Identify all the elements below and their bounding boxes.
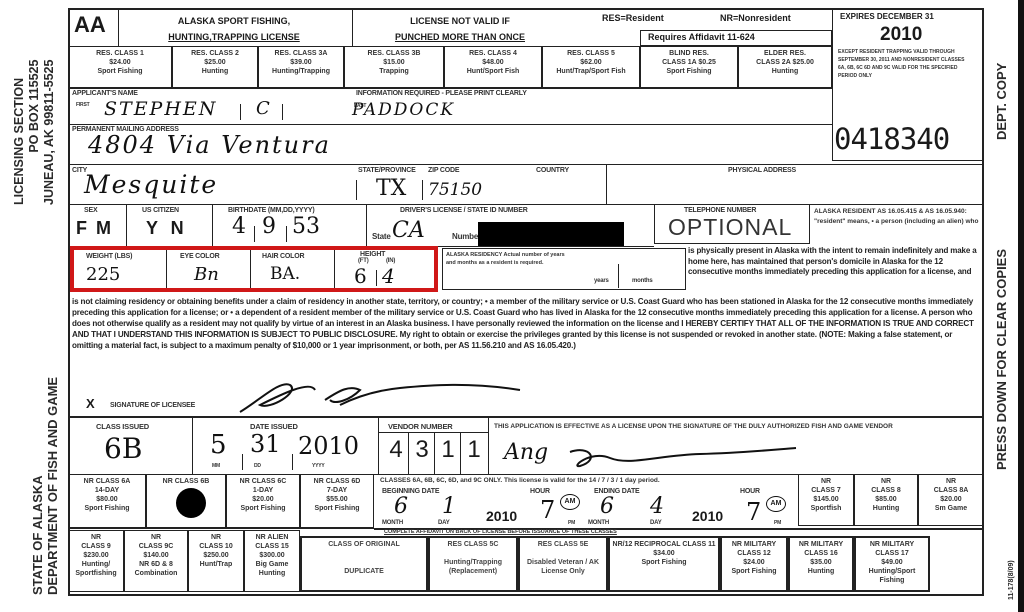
- vendor-digit[interactable]: 3: [410, 436, 434, 464]
- form-number: 11-178(8/09): [1008, 560, 1015, 600]
- nr-reciprocal-class-11[interactable]: NR/12 RECIPROCAL CLASS 11$34.00Sport Fis…: [608, 536, 720, 592]
- license-title: ALASKA SPORT FISHING, HUNTING,TRAPPING L…: [118, 13, 350, 45]
- years-label: years: [594, 278, 609, 284]
- nr-class-10[interactable]: NRCLASS 10$250.00Hunt/Trap: [188, 530, 244, 592]
- end-am-selected[interactable]: AM: [766, 496, 786, 512]
- vendor-number-label: VENDOR NUMBER: [388, 422, 453, 431]
- end-hour-label: HOUR: [740, 488, 760, 495]
- highlight-physical-description: [70, 246, 438, 292]
- license-code: AA: [74, 12, 106, 38]
- state-field[interactable]: TX: [376, 176, 406, 201]
- notice-line: PUNCHED MORE THAN ONCE: [360, 29, 560, 45]
- res-class-1[interactable]: RES. CLASS 1$24.00Sport Fishing: [68, 46, 172, 88]
- mm-label: MM: [212, 463, 220, 469]
- press-down-label: PRESS DOWN FOR CLEAR COPIES: [994, 249, 1009, 470]
- nr-military-class-16[interactable]: NR MILITARYCLASS 16$35.00Hunting: [788, 536, 854, 592]
- nr-class-6c[interactable]: NR CLASS 6C1-DAY$20.00Sport Fishing: [226, 474, 300, 528]
- end-day-field[interactable]: 4: [650, 494, 664, 519]
- vendor-digit[interactable]: 4: [384, 436, 408, 464]
- citizen-label: US CITIZEN: [142, 207, 179, 214]
- not-valid-notice: LICENSE NOT VALID IF PUNCHED MORE THAN O…: [360, 13, 560, 45]
- mailing-address-field[interactable]: 4804 Via Ventura: [88, 131, 331, 159]
- notice-line: LICENSE NOT VALID IF: [360, 13, 560, 29]
- res-legend: RES=Resident: [602, 13, 664, 23]
- nr-alien-class-15[interactable]: NR ALIENCLASS 15$300.00Big Game Hunting: [244, 530, 300, 592]
- city-field[interactable]: Mesquite: [84, 170, 218, 199]
- class-issued-label: CLASS ISSUED: [96, 422, 149, 431]
- phone-label: TELEPHONE NUMBER: [684, 207, 756, 214]
- res-class-2[interactable]: RES. CLASS 2$25.00Hunting: [172, 46, 258, 88]
- sex-options[interactable]: F M: [76, 218, 113, 239]
- issue-month-field[interactable]: 5: [210, 430, 227, 460]
- vendor-digit[interactable]: 1: [462, 436, 486, 464]
- end-hour-field[interactable]: 7: [746, 498, 761, 526]
- res-class-5e[interactable]: RES CLASS 5E_Disabled Veteran / AK Licen…: [518, 536, 608, 592]
- begin-am-selected[interactable]: AM: [560, 494, 580, 510]
- begin-month-field[interactable]: 6: [394, 494, 408, 519]
- nr-class-6a[interactable]: NR CLASS 6A14-DAY$80.00Sport Fishing: [68, 474, 146, 528]
- birth-day-field[interactable]: 9: [262, 214, 276, 239]
- begin-hour-label: HOUR: [530, 488, 550, 495]
- certification-text: is not claiming residency or obtaining b…: [72, 296, 982, 351]
- vendor-digit[interactable]: 1: [436, 436, 460, 464]
- expires-note: EXCEPT RESIDENT TRAPPING VALID THROUGH S…: [838, 48, 968, 80]
- signature-x: X: [86, 396, 95, 411]
- address-line: LICENSING SECTION: [12, 60, 27, 205]
- address-line: PO BOX 115525: [27, 60, 42, 205]
- end-year-field[interactable]: 2010: [692, 508, 723, 524]
- begin-hour-field[interactable]: 7: [540, 496, 555, 524]
- nr-class-8[interactable]: NRCLASS 8$85.00Hunting: [854, 474, 918, 526]
- resident-definition-head: ALASKA RESIDENT AS 16.05.415 & AS 16.05.…: [814, 207, 982, 227]
- first-label: FIRST: [76, 102, 89, 108]
- begin-day-field[interactable]: 1: [442, 494, 456, 519]
- physical-address-label: PHYSICAL ADDRESS: [728, 167, 796, 174]
- agency-line: DEPARTMENT OF FISH AND GAME: [45, 377, 60, 595]
- expires-label: EXPIRES DECEMBER 31: [840, 12, 934, 21]
- begin-pm-option[interactable]: PM: [568, 520, 575, 526]
- nr-class-9[interactable]: NRCLASS 9$230.00Hunting/ Sportfishing: [68, 530, 124, 592]
- affidavit-required-bar: COMPLETE AFFIDAVIT ON BACK OF LICENSE BE…: [384, 529, 824, 536]
- right-edge: [1018, 0, 1024, 612]
- nr-class-8a[interactable]: NRCLASS 8A$20.00Sm Game: [918, 474, 984, 526]
- sex-label: SEX: [84, 207, 97, 214]
- title-line: HUNTING,TRAPPING LICENSE: [118, 29, 350, 45]
- expires-year: 2010: [880, 24, 922, 46]
- res-class-5[interactable]: RES. CLASS 5$62.00Hunt/Trap/Sport Fish: [542, 46, 640, 88]
- address-line: JUNEAU, AK 99811-5525: [42, 60, 57, 205]
- issue-day-field[interactable]: 31: [250, 430, 281, 458]
- vendor-signature[interactable]: Ang: [504, 440, 548, 465]
- period-note: CLASSES 6A, 6B, 6C, 6D, and 9C ONLY. Thi…: [380, 477, 800, 484]
- applicant-name-label: APPLICANT'S NAME: [72, 90, 138, 97]
- signature-label: SIGNATURE OF LICENSEE: [110, 402, 195, 409]
- end-month-field[interactable]: 6: [600, 494, 614, 519]
- res-class-3a[interactable]: RES. CLASS 3A$39.00Hunting/Trapping: [258, 46, 344, 88]
- citizen-options[interactable]: Y N: [146, 218, 188, 239]
- dl-state-field[interactable]: CA: [392, 218, 425, 243]
- day-label: DAY: [438, 520, 450, 526]
- dl-state-label: State: [372, 232, 391, 241]
- elder-res-class-2a[interactable]: ELDER RES.CLASS 2A $25.00Hunting: [738, 46, 832, 88]
- drivers-license-label: DRIVER'S LICENSE / STATE ID NUMBER: [400, 207, 528, 214]
- state-label: STATE/PROVINCE: [358, 167, 416, 174]
- agency-name: STATE OF ALASKA DEPARTMENT OF FISH AND G…: [30, 377, 60, 595]
- licensee-signature[interactable]: [230, 370, 530, 420]
- license-number: 0418340: [834, 122, 949, 156]
- physical-address-field[interactable]: [608, 176, 982, 202]
- nr-class-9c[interactable]: NRCLASS 9C$140.00NR 6D & 8 Combination: [124, 530, 188, 592]
- end-pm-option[interactable]: PM: [774, 520, 781, 526]
- nr-class-6d[interactable]: NR CLASS 6D7-DAY$55.00Sport Fishing: [300, 474, 374, 528]
- birth-month-field[interactable]: 4: [232, 214, 246, 239]
- nr-legend: NR=Nonresident: [720, 13, 791, 23]
- zip-field[interactable]: 75150: [428, 180, 482, 200]
- punch-hole: [176, 488, 206, 518]
- phone-field[interactable]: OPTIONAL: [668, 214, 792, 241]
- begin-date-label: BEGINNING DATE: [382, 488, 439, 495]
- month-label: MONTH: [588, 520, 609, 526]
- nr-military-class-12[interactable]: NR MILITARYCLASS 12$24.00Sport Fishing: [720, 536, 788, 592]
- res-class-5c[interactable]: RES CLASS 5C_Hunting/Trapping (Replaceme…: [428, 536, 518, 592]
- class-issued-field[interactable]: 6B: [104, 432, 142, 465]
- middle-initial-field[interactable]: C: [256, 98, 270, 119]
- dl-number-label: Number: [452, 232, 481, 241]
- agency-line: STATE OF ALASKA: [30, 377, 45, 595]
- res-class-3b[interactable]: RES. CLASS 3B$15.00Trapping: [344, 46, 444, 88]
- birthdate-label: BIRTHDATE (MM,DD,YYYY): [228, 207, 314, 214]
- month-label: MONTH: [382, 520, 403, 526]
- dd-label: DD: [254, 463, 261, 469]
- country-label: COUNTRY: [536, 167, 569, 174]
- birth-year-field[interactable]: 53: [292, 214, 320, 239]
- resident-definition-body: is physically present in Alaska with the…: [688, 246, 984, 278]
- duplicate-class[interactable]: CLASS OF ORIGINAL__DUPLICATE: [300, 536, 428, 592]
- last-name-field[interactable]: PADDOCK: [352, 100, 455, 120]
- dept-copy-label: DEPT. COPY: [994, 63, 1009, 140]
- first-name-field[interactable]: STEPHEN: [104, 98, 217, 120]
- months-label: months: [632, 278, 652, 284]
- info-required-label: INFORMATION REQUIRED - PLEASE PRINT CLEA…: [356, 90, 527, 97]
- zip-label: ZIP CODE: [428, 167, 459, 174]
- yyyy-label: YYYY: [312, 463, 325, 469]
- res-class-4[interactable]: RES. CLASS 4$48.00Hunt/Sport Fish: [444, 46, 542, 88]
- affidavit-label: Requires Affidavit 11-624: [648, 32, 755, 42]
- redacted-dl-number: [478, 222, 624, 246]
- blind-res-class-1a[interactable]: BLIND RES.CLASS 1A $0.25Sport Fishing: [640, 46, 738, 88]
- licensing-section-address: LICENSING SECTION PO BOX 115525 JUNEAU, …: [12, 60, 57, 205]
- day-label: DAY: [650, 520, 662, 526]
- begin-year-field[interactable]: 2010: [486, 508, 517, 524]
- nr-military-class-17[interactable]: NR MILITARYCLASS 17$49.00Hunting/Sport F…: [854, 536, 930, 592]
- nr-class-7[interactable]: NRCLASS 7$145.00Sportfish: [798, 474, 854, 526]
- title-line: ALASKA SPORT FISHING,: [118, 13, 350, 29]
- issue-year-field[interactable]: 2010: [298, 432, 359, 460]
- vendor-note: THIS APPLICATION IS EFFECTIVE AS A LICEN…: [494, 422, 934, 431]
- residency-label: ALASKA RESIDENCY Actual number of years …: [446, 251, 566, 267]
- vendor-signature-stroke: [560, 440, 800, 472]
